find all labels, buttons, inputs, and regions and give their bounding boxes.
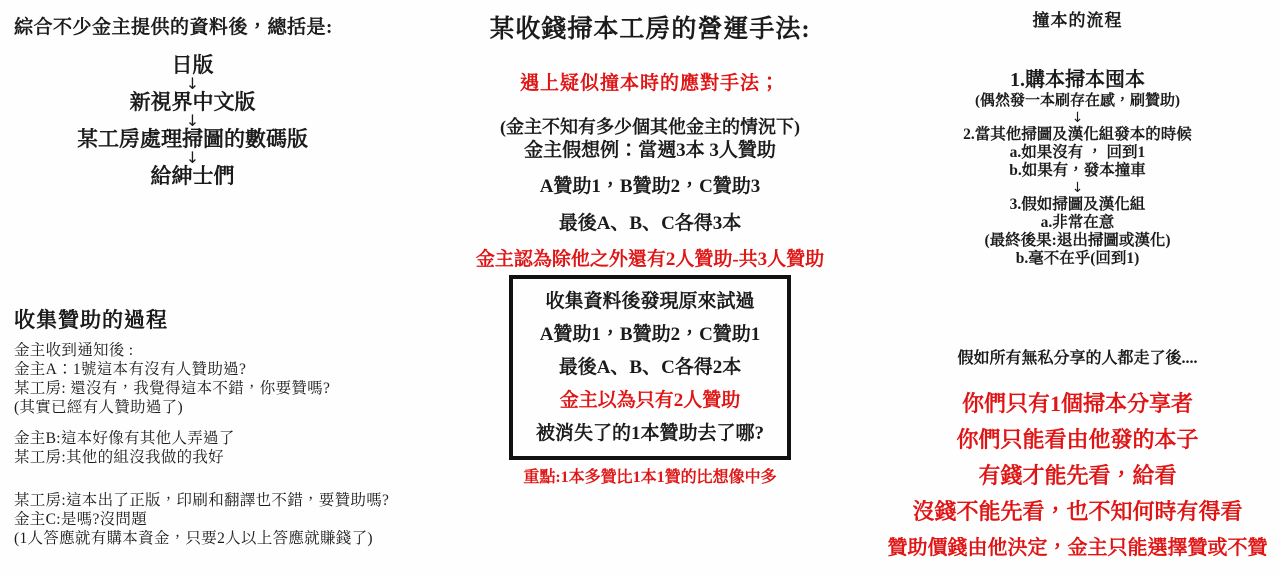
dialog-line: 某工房:這本出了正版，印刷和翻譯也不錯，要贊助嗎? xyxy=(14,491,434,510)
warning-section: 假如所有無私分享的人都走了後.... 你們只有1個掃本分享者 你們只能看由他發的… xyxy=(880,348,1275,566)
spacer xyxy=(14,417,434,429)
step-1-note: (偶然發一本刷存在感，刷贊助) xyxy=(880,92,1275,110)
section-title-sponsor-process: 收集贊助的過程 xyxy=(14,307,434,333)
dialog-line: 金主收到通知後 : xyxy=(14,341,434,360)
dialog-line: (其實已經有人贊助過了) xyxy=(14,398,434,417)
warning-line: 沒錢不能先看，也不知何時有得看 xyxy=(880,494,1275,530)
dialog-line: 某工房:其他的組沒我做的我好 xyxy=(14,448,434,467)
middle-footnote: 重點:1本多贊比1本1贊的比想像中多 xyxy=(430,468,870,488)
step-2: 2.當其他掃圖及漢化組發本的時候 xyxy=(880,126,1275,144)
step-3a: a.非常在意 xyxy=(880,214,1275,232)
step-3b: b.毫不在乎(回到1) xyxy=(880,250,1275,268)
red-conclusion-line: 金主認為除他之外還有2人贊助-共3人贊助 xyxy=(430,248,870,272)
collision-flow-section: 撞本的流程 1.購本掃本囤本 (偶然發一本刷存在感，刷贊助) ↓ 2.當其他掃圖… xyxy=(880,0,1275,268)
example-line-1: A贊助1，B贊助2，C贊助3 xyxy=(430,175,870,199)
spacer xyxy=(14,467,434,491)
box-line: 被消失了的1本贊助去了哪? xyxy=(517,417,783,450)
left-intro-text: 綜合不少金主提供的資料後，總括是: xyxy=(14,16,333,40)
step-3: 3.假如掃圖及漢化組 xyxy=(880,196,1275,214)
dialog-line: 某工房: 還沒有，我覺得這本不錯，你要贊嗎? xyxy=(14,379,434,398)
premise-line-1: (金主不知有多少個其他金主的情況下) xyxy=(430,116,870,139)
step-2a: a.如果沒有 ， 回到1 xyxy=(880,144,1275,162)
warning-line: 你們只有1個掃本分享者 xyxy=(880,386,1275,422)
down-arrow-icon: ↓ xyxy=(0,152,385,163)
step-1: 1.購本掃本囤本 xyxy=(880,68,1275,92)
middle-red-subtitle: 遇上疑似撞本時的應對手法； xyxy=(430,72,870,96)
box-line-red: 金主以為只有2人贊助 xyxy=(517,384,783,417)
dialog-line: 金主A：1號這本有沒有人贊助過? xyxy=(14,360,434,379)
premise-line-2: 金主假想例：當週3本 3人贊助 xyxy=(430,139,870,163)
down-arrow-icon: ↓ xyxy=(0,78,385,89)
warning-line: 你們只能看由他發的本子 xyxy=(880,422,1275,458)
dialog-line: 金主B:這本好像有其他人弄過了 xyxy=(14,429,434,448)
dialog-group-3: 某工房:這本出了正版，印刷和翻譯也不錯，要贊助嗎? 金主C:是嗎?沒問題 (1人… xyxy=(14,491,434,548)
middle-title: 某收錢掃本工房的營運手法: xyxy=(430,14,870,46)
sponsor-dialog-section: 收集贊助的過程 金主收到通知後 : 金主A：1號這本有沒有人贊助過? 某工房: … xyxy=(14,307,434,548)
workshop-method-section: 某收錢掃本工房的營運手法: 遇上疑似撞本時的應對手法； (金主不知有多少個其他金… xyxy=(430,0,870,488)
example-line-2: 最後A、B、C各得3本 xyxy=(430,212,870,236)
step-2b: b.如果有，發本撞車 xyxy=(880,162,1275,180)
down-arrow-icon: ↓ xyxy=(880,180,1275,196)
dialog-line: (1人答應就有購本資金，只要2人以上答應就賺錢了) xyxy=(14,529,434,548)
right-title: 撞本的流程 xyxy=(880,10,1275,32)
dialog-line: 金主C:是嗎?沒問題 xyxy=(14,510,434,529)
warning-line: 贊助價錢由他決定，金主只能選擇贊或不贊 xyxy=(880,530,1275,566)
left-flowchart: 日版 ↓ 新視界中文版 ↓ 某工房處理掃圖的數碼版 ↓ 給紳士們 xyxy=(0,52,385,189)
step-3a-note: (最終後果:退出掃圖或漢化) xyxy=(880,232,1275,250)
dialog-group-2: 金主B:這本好像有其他人弄過了 某工房:其他的組沒我做的我好 xyxy=(14,429,434,467)
box-line: 收集資料後發現原來試過 xyxy=(517,285,783,318)
closing-intro: 假如所有無私分享的人都走了後.... xyxy=(880,348,1275,370)
box-line: A贊助1，B贊助2，C贊助1 xyxy=(517,318,783,351)
down-arrow-icon: ↓ xyxy=(0,115,385,126)
down-arrow-icon: ↓ xyxy=(880,110,1275,126)
reveal-box: 收集資料後發現原來試過 A贊助1，B贊助2，C贊助1 最後A、B、C各得2本 金… xyxy=(509,275,791,460)
dialog-group-1: 金主收到通知後 : 金主A：1號這本有沒有人贊助過? 某工房: 還沒有，我覺得這… xyxy=(14,341,434,417)
warning-line: 有錢才能先看，給看 xyxy=(880,458,1275,494)
infographic-page: 綜合不少金主提供的資料後，總括是: 日版 ↓ 新視界中文版 ↓ 某工房處理掃圖的… xyxy=(0,0,1280,576)
flow-node-gentlemen: 給紳士們 xyxy=(0,163,385,189)
box-line: 最後A、B、C各得2本 xyxy=(517,351,783,384)
